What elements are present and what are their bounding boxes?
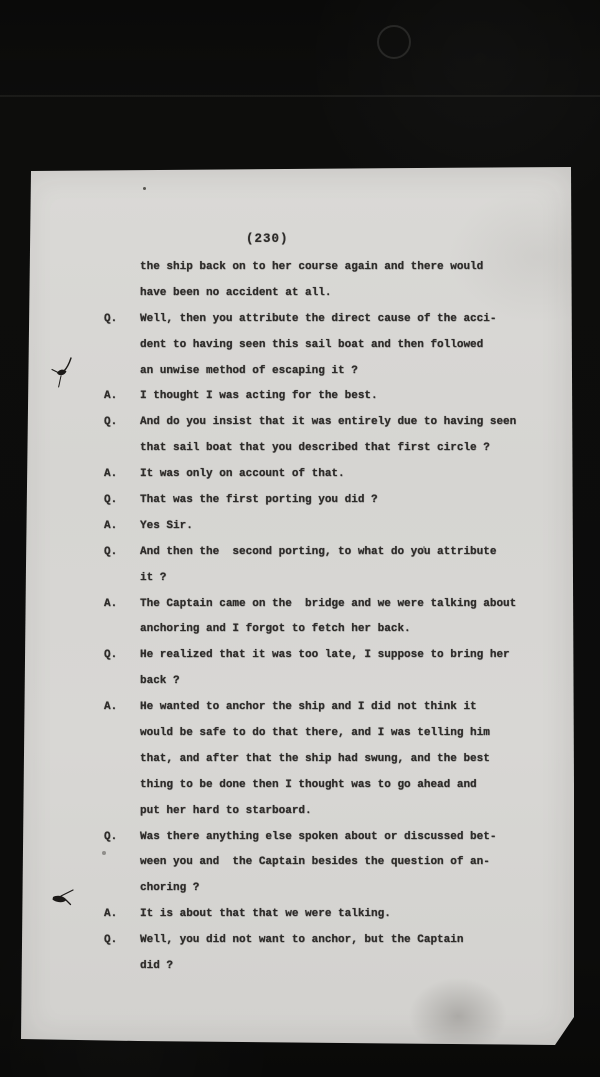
- transcript-entry: A.It was only on account of that.: [140, 462, 550, 488]
- transcript-line: dent to having seen this sail boat and t…: [140, 333, 550, 359]
- speaker-label: A.: [104, 695, 117, 721]
- transcript-line: choring ?: [140, 876, 550, 902]
- transcript-line: He wanted to anchor the ship and I did n…: [140, 695, 550, 721]
- speaker-label: Q.: [104, 540, 117, 566]
- transcript-line: It was only on account of that.: [140, 462, 550, 488]
- speaker-label: Q.: [104, 643, 117, 669]
- ink-speck: [102, 851, 106, 855]
- transcript-entry: Q.And do you insist that it was entirely…: [140, 410, 550, 462]
- transcript-line: Yes Sir.: [140, 514, 550, 540]
- transcript-line: thing to be done then I thought was to g…: [140, 773, 550, 799]
- speaker-label: A.: [104, 592, 117, 618]
- speaker-label: Q.: [104, 928, 117, 954]
- ink-speck: [423, 546, 425, 549]
- transcript-entry: Q.Was there anything else spoken about o…: [140, 825, 550, 903]
- transcript-line: The Captain came on the bridge and we we…: [140, 592, 550, 618]
- transcript-line: He realized that it was too late, I supp…: [140, 643, 550, 669]
- transcript-line: have been no accident at all.: [140, 281, 550, 307]
- transcript-line: It is about that that we were talking.: [140, 902, 550, 928]
- transcript-line: back ?: [140, 669, 550, 695]
- transcript-entry: Q.Well, you did not want to anchor, but …: [140, 928, 550, 980]
- transcript-line: that, and after that the ship had swung,…: [140, 747, 550, 773]
- film-ring-artifact: [377, 25, 411, 59]
- transcript-entry: Q.He realized that it was too late, I su…: [140, 643, 550, 695]
- transcript-line: ween you and the Captain besides the que…: [140, 850, 550, 876]
- transcript-entry: A.He wanted to anchor the ship and I did…: [140, 695, 550, 824]
- speaker-label: A.: [104, 902, 117, 928]
- transcript-entry: Q.And then the second porting, to what d…: [140, 540, 550, 592]
- transcript-line: did ?: [140, 954, 550, 980]
- page-number: (230): [246, 232, 289, 246]
- transcript: the ship back on to her course again and…: [140, 255, 550, 980]
- speaker-label: Q.: [104, 410, 117, 436]
- speaker-label: Q.: [104, 825, 117, 851]
- transcript-entry: Q.Well, then you attribute the direct ca…: [140, 307, 550, 385]
- film-seam-line: [0, 95, 600, 97]
- ink-speck: [143, 187, 146, 190]
- transcript-entry: A.I thought I was acting for the best.: [140, 384, 550, 410]
- speaker-label: A.: [104, 384, 117, 410]
- transcript-entry: Q.That was the first porting you did ?: [140, 488, 550, 514]
- transcript-entry: A.Yes Sir.: [140, 514, 550, 540]
- scanned-document-frame: (230) the ship back on to her course aga…: [0, 0, 600, 1077]
- transcript-line: it ?: [140, 566, 550, 592]
- arrow-ink-stroke-icon: [42, 886, 78, 914]
- transcript-line: an unwise method of escaping it ?: [140, 359, 550, 385]
- transcript-entry: the ship back on to her course again and…: [140, 255, 550, 307]
- speaker-label: A.: [104, 514, 117, 540]
- transcript-line: Well, then you attribute the direct caus…: [140, 307, 550, 333]
- transcript-entry: A.It is about that that we were talking.: [140, 902, 550, 928]
- transcript-line: And do you insist that it was entirely d…: [140, 410, 550, 436]
- transcript-line: I thought I was acting for the best.: [140, 384, 550, 410]
- transcript-line: Was there anything else spoken about or …: [140, 825, 550, 851]
- document-page: (230) the ship back on to her course aga…: [18, 166, 575, 1047]
- checkmark-ink-stroke-icon: [50, 353, 78, 389]
- transcript-line: Well, you did not want to anchor, but th…: [140, 928, 550, 954]
- transcript-line: anchoring and I forgot to fetch her back…: [140, 617, 550, 643]
- transcript-line: And then the second porting, to what do …: [140, 540, 550, 566]
- speaker-label: A.: [104, 462, 117, 488]
- transcript-line: that sail boat that you described that f…: [140, 436, 550, 462]
- transcript-line: put her hard to starboard.: [140, 799, 550, 825]
- transcript-entry: A.The Captain came on the bridge and we …: [140, 592, 550, 644]
- transcript-line: the ship back on to her course again and…: [140, 255, 550, 281]
- transcript-line: That was the first porting you did ?: [140, 488, 550, 514]
- transcript-line: would be safe to do that there, and I wa…: [140, 721, 550, 747]
- speaker-label: Q.: [104, 307, 117, 333]
- speaker-label: Q.: [104, 488, 117, 514]
